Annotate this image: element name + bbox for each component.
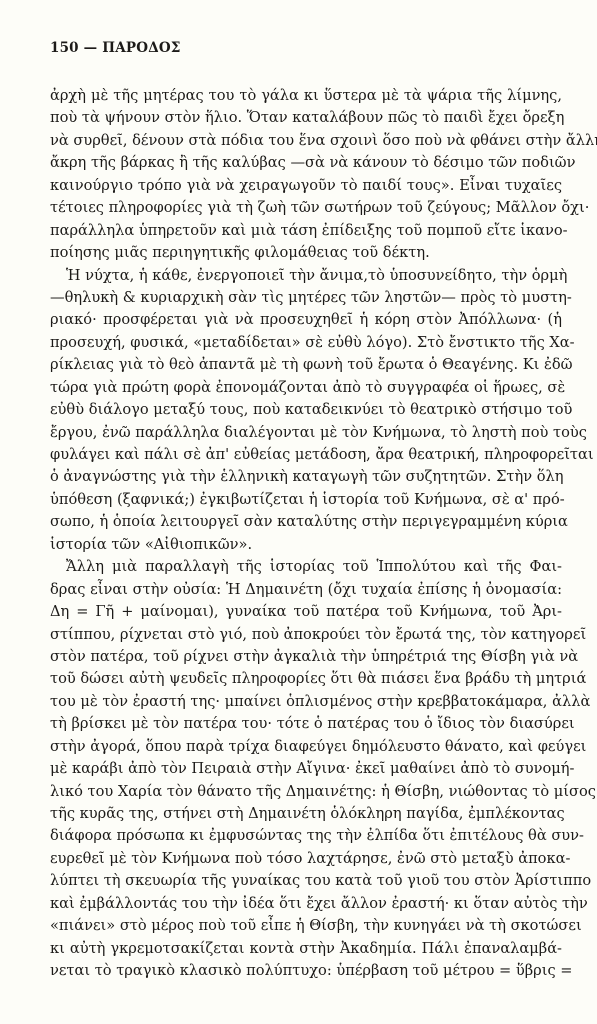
text-line: διάφορα πρόσωπα κι ἐμφυσώντας της τὴν ἐλ… xyxy=(50,825,562,847)
text-line: ποὺ τὰ ψήνουν στὸν ἥλιο. Ὅταν καταλάβουν… xyxy=(50,107,562,129)
text-line: ἀρχὴ μὲ τῆς μητέρας του τὸ γάλα κι ὕστερ… xyxy=(50,85,562,107)
text-line: ποίησης μιᾶς περιηγητικῆς φιλομάθειας το… xyxy=(50,242,562,264)
text-line: τώρα γιὰ πρώτη φορὰ ἐπονομάζονται ἀπὸ τὸ… xyxy=(50,377,562,399)
text-line: Ἄλλη μιὰ παραλλαγὴ τῆς ἱστορίας τοῦ Ἱππο… xyxy=(50,556,562,578)
text-line: δρας εἶναι στὴν οὐσία: Ἡ Δημαινέτη (ὄχι … xyxy=(50,579,562,601)
text-line: Ἡ νύχτα, ἡ κάθε, ἐνεργοποιεῖ τὴν ἄνιμα,τ… xyxy=(50,265,562,287)
text-line: Δη = Γῆ + μαίνομαι), γυναίκα τοῦ πατέρα … xyxy=(50,601,562,623)
text-line: ριακό· προσφέρεται γιὰ νὰ προσευχηθεῖ ἡ … xyxy=(50,309,562,331)
text-line: τέτοιες πληροφορίες γιὰ τὴ ζωὴ τῶν σωτήρ… xyxy=(50,197,562,219)
text-line: στίππου, ρίχνεται στὸ γιό, ποὺ ἀποκρούει… xyxy=(50,624,562,646)
paragraph-1: ἀρχὴ μὲ τῆς μητέρας του τὸ γάλα κι ὕστερ… xyxy=(50,85,562,265)
text-line: προσευχή, φυσικά, «μεταδίδεται» σὲ εὐθὺ … xyxy=(50,332,562,354)
text-line: λικό του Χαρία τὸν θάνατο τῆς Δημαινέτης… xyxy=(50,781,562,803)
text-line: ἔργου, ἐνῶ παράλληλα διαλέγονται μὲ τὸν … xyxy=(50,422,562,444)
text-line: κι αὐτὴ γκρεμοτσακίζεται κοντὰ στὴν Ἀκαδ… xyxy=(50,938,562,960)
text-line: «πιάνει» στὸ μέρος ποὺ τοῦ εἶπε ἡ Θίσβη,… xyxy=(50,915,562,937)
text-line: εὐθὺ διάλογο μεταξύ τους, ποὺ καταδεικνύ… xyxy=(50,399,562,421)
running-head: 150 — ΠΑΡΟΔΟΣ xyxy=(50,40,181,56)
text-line: ευρεθεῖ μὲ τὸν Κνήμωνα ποὺ τόσο λαχτάρησ… xyxy=(50,848,562,870)
text-line: σωπο, ἡ ὁποία λειτουργεῖ σὰν καταλύτης σ… xyxy=(50,511,562,533)
text-line: νὰ συρθεῖ, δένουν στὰ πόδια του ἕνα σχοι… xyxy=(50,130,562,152)
text-line: λύπτει τὴ σκευωρία τῆς γυναίκας του κατὰ… xyxy=(50,870,562,892)
paragraph-2: Ἡ νύχτα, ἡ κάθε, ἐνεργοποιεῖ τὴν ἄνιμα,τ… xyxy=(50,265,562,557)
text-line: τὴ βρίσκει μὲ τὸν πατέρα του· τότε ὁ πατ… xyxy=(50,713,562,735)
text-line: του μὲ τὸν ἐραστή της· μπαίνει ὁπλισμένο… xyxy=(50,691,562,713)
text-line: ἄκρη τῆς βάρκας ἢ τῆς καλύβας —σὰ νὰ κάν… xyxy=(50,152,562,174)
text-line: ὁ ἀναγνώστης γιὰ τὴν ἑλληνικὴ καταγωγὴ τ… xyxy=(50,466,562,488)
text-line: στὸν πατέρα, τοῦ ρίχνει στὴν ἀγκαλιὰ τὴν… xyxy=(50,646,562,668)
text-line: φυλάγει καὶ πάλι σὲ ἀπ' εὐθείας μετάδοση… xyxy=(50,444,562,466)
text-line: ἱστορία τῶν «Αἰθιοπικῶν». xyxy=(50,534,562,556)
paragraph-3: Ἄλλη μιὰ παραλλαγὴ τῆς ἱστορίας τοῦ Ἱππο… xyxy=(50,556,562,982)
text-line: ὑπόθεση (ξαφνικά;) ἐγκιβωτίζεται ἡ ἱστορ… xyxy=(50,489,562,511)
text-line: στὴν ἀγορά, ὅπου παρὰ τρίχα διαφεύγει δη… xyxy=(50,736,562,758)
text-line: καινούργιο τρόπο γιὰ νὰ χειραγωγοῦν τὸ π… xyxy=(50,175,562,197)
text-line: τοῦ δώσει αὐτὴ ψευδεῖς πληροφορίες ὅτι θ… xyxy=(50,668,562,690)
text-line: νεται τὸ τραγικὸ κλασικὸ πολύπτυχο: ὑπέρ… xyxy=(50,960,562,982)
text-line: ρίκλειας γιὰ τὸ θεὸ ἀπαντᾶ μὲ τὴ φωνὴ το… xyxy=(50,354,562,376)
text-line: παράλληλα ὑπηρετοῦν καὶ μιὰ τάση ἐπίδειξ… xyxy=(50,220,562,242)
text-line: καὶ ἐμβάλλοντάς του τὴν ἰδέα ὅτι ἔχει ἄλ… xyxy=(50,893,562,915)
text-line: τῆς κυρᾶς της, στήνει στὴ Δημαινέτη ὁλόκ… xyxy=(50,803,562,825)
body-text: ἀρχὴ μὲ τῆς μητέρας του τὸ γάλα κι ὕστερ… xyxy=(50,85,562,983)
book-page: 150 — ΠΑΡΟΔΟΣ ἀρχὴ μὲ τῆς μητέρας του τὸ… xyxy=(0,0,597,1024)
text-line: μὲ καράβι ἀπὸ τὸν Πειραιὰ στὴν Αἴγινα· ἐ… xyxy=(50,758,562,780)
text-line: —θηλυκὴ & κυριαρχικὴ σὰν τὶς μητέρες τῶν… xyxy=(50,287,562,309)
